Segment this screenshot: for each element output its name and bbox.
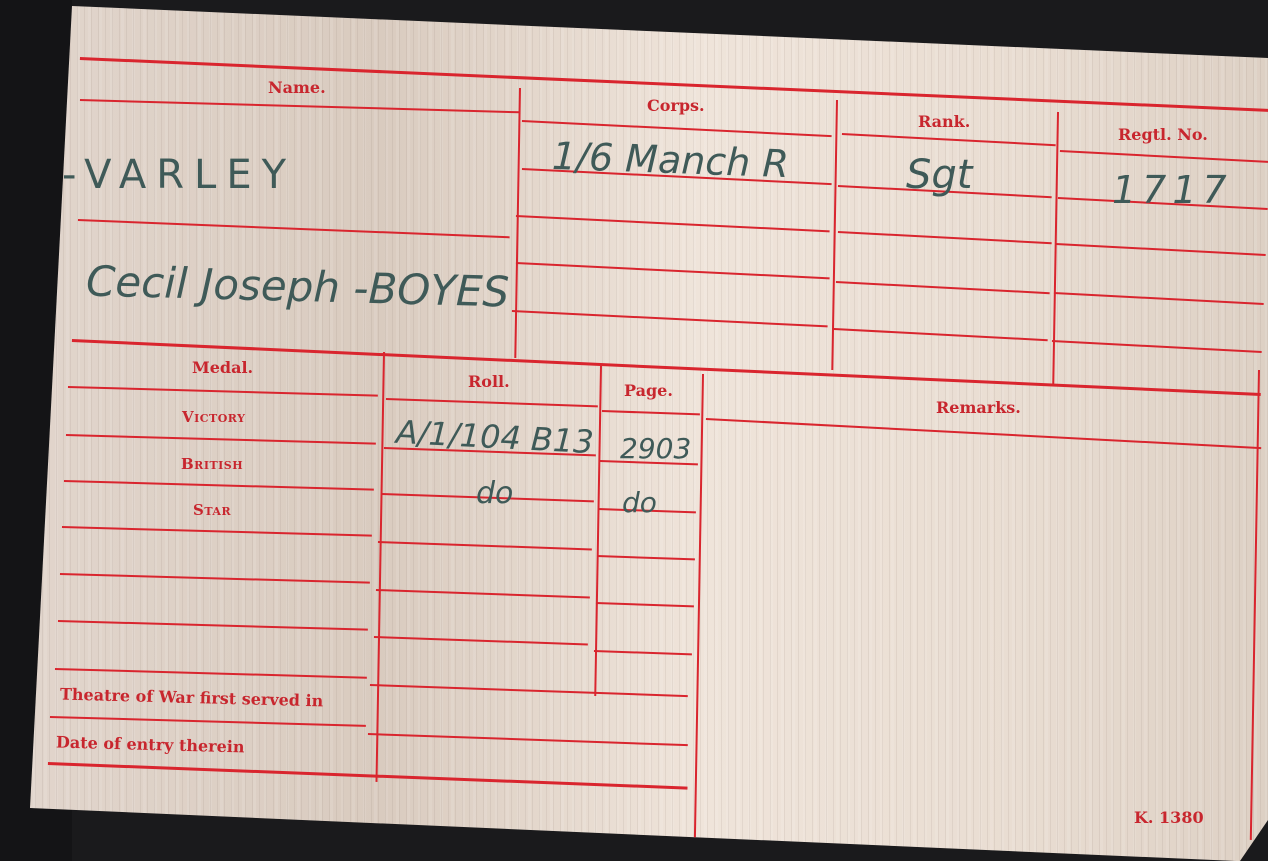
rule-rank-5 xyxy=(834,328,1048,341)
page-british-value: do xyxy=(622,486,657,519)
rule-roll-8 xyxy=(368,733,688,746)
rule-corps-5 xyxy=(512,310,828,327)
rule-rank-4 xyxy=(836,281,1050,294)
name-label: Name. xyxy=(268,78,326,97)
medal-victory-label: Victory xyxy=(182,408,245,426)
rule-rank-1 xyxy=(842,133,1056,146)
rule-medal-1 xyxy=(68,386,378,397)
rule-medal-7 xyxy=(55,668,367,679)
page-victory-value: 2903 xyxy=(620,432,691,465)
rule-medal-4 xyxy=(62,526,372,537)
medal-british-label: British xyxy=(181,455,243,473)
rule-roll-6 xyxy=(374,636,588,645)
rule-medal-2 xyxy=(66,434,376,445)
rule-date xyxy=(48,762,688,790)
regtl-no-label: Regtl. No. xyxy=(1118,125,1208,144)
roll-label: Roll. xyxy=(468,372,510,391)
theatre-label: Theatre of War first served in xyxy=(60,685,324,711)
divider-rank-regtl xyxy=(1052,112,1059,384)
surname-value: -VARLEY xyxy=(62,152,296,198)
rule-page-4 xyxy=(597,555,695,560)
divider-page-remarks xyxy=(694,374,704,844)
rule-regtl-3 xyxy=(1056,243,1266,256)
rule-remarks xyxy=(706,418,1261,449)
roll-british-value: do xyxy=(476,476,513,511)
rule-roll-5 xyxy=(376,589,590,598)
medal-star-label: Star xyxy=(193,501,231,519)
rule-name-under xyxy=(80,99,520,113)
rule-corps-4 xyxy=(516,262,830,279)
form-number: K. 1380 xyxy=(1134,808,1204,827)
rule-medal-5 xyxy=(60,573,370,584)
rule-page-5 xyxy=(596,602,694,607)
page-label: Page. xyxy=(624,381,673,400)
corps-label: Corps. xyxy=(647,96,705,115)
rule-page-1 xyxy=(602,410,700,415)
rank-label: Rank. xyxy=(918,112,970,131)
roll-victory-value: A/1/104 B13 xyxy=(395,413,594,461)
rule-regtl-1 xyxy=(1060,150,1268,163)
rule-regtl-5 xyxy=(1052,340,1262,353)
remarks-label: Remarks. xyxy=(936,398,1021,417)
rule-roll-4 xyxy=(378,541,592,550)
date-of-entry-label: Date of entry therein xyxy=(56,733,245,757)
corps-value: 1/6 Manch R xyxy=(551,134,789,186)
divider-roll-page xyxy=(594,366,602,696)
rule-roll-7 xyxy=(370,684,688,697)
rule-theatre xyxy=(50,716,366,727)
divider-name-corps xyxy=(514,88,521,358)
rule-corps-3 xyxy=(516,215,830,232)
medal-label: Medal. xyxy=(192,358,253,377)
rule-medal-6 xyxy=(58,620,368,631)
border-right xyxy=(1250,370,1260,840)
forenames-value: Cecil Joseph -BOYES xyxy=(85,256,509,316)
rule-medal-3 xyxy=(64,480,374,491)
rule-page-6 xyxy=(594,650,692,655)
rank-value: Sgt xyxy=(906,152,972,198)
rule-name-mid xyxy=(78,219,510,238)
rule-rank-3 xyxy=(838,231,1052,244)
rule-roll-1 xyxy=(386,398,598,407)
rule-regtl-4 xyxy=(1054,292,1264,305)
divider-medal-roll xyxy=(375,352,385,782)
regtl-no-value: 1717 xyxy=(1112,168,1233,212)
medal-index-card: Name. Corps. Rank. Regtl. No. Medal. Rol… xyxy=(0,0,1268,861)
